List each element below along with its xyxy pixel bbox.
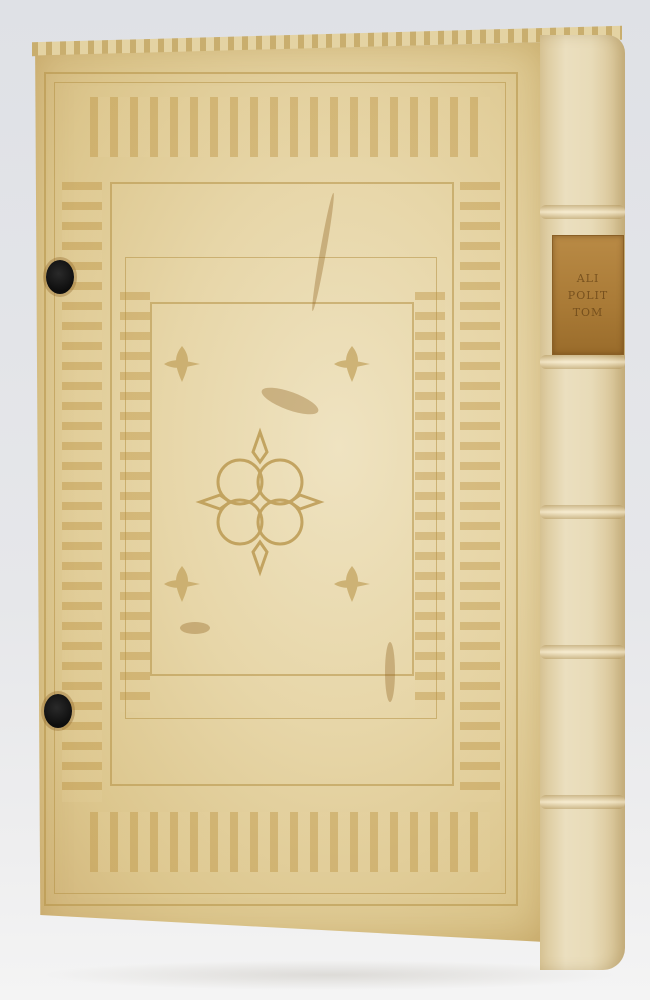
raised-band <box>540 205 625 219</box>
raised-band <box>540 505 625 519</box>
bottom-roll-border <box>90 812 490 872</box>
front-cover <box>30 42 545 942</box>
raised-band <box>540 795 625 809</box>
fleuron-top-right-icon <box>330 342 374 386</box>
spine-label-line: TOM <box>573 306 604 319</box>
top-roll-border <box>90 97 490 157</box>
fleuron-top-left-icon <box>160 342 204 386</box>
fleuron-bottom-right-icon <box>330 562 374 606</box>
fleuron-bottom-left-icon <box>160 562 204 606</box>
stain <box>385 642 395 702</box>
spine-label: ALI POLIT TOM <box>552 235 624 355</box>
centerpiece-ornament-icon <box>195 427 325 577</box>
spine: ALI POLIT TOM <box>540 35 625 970</box>
raised-band <box>540 645 625 659</box>
book: ALI POLIT TOM <box>0 0 650 1000</box>
stain <box>180 622 210 634</box>
spine-label-line: ALI <box>577 272 600 285</box>
right-roll-border <box>460 182 500 802</box>
raised-band <box>540 355 625 369</box>
clasp-bottom-icon <box>44 694 72 728</box>
clasp-top-icon <box>46 260 74 294</box>
spine-label-line: POLIT <box>568 289 608 302</box>
